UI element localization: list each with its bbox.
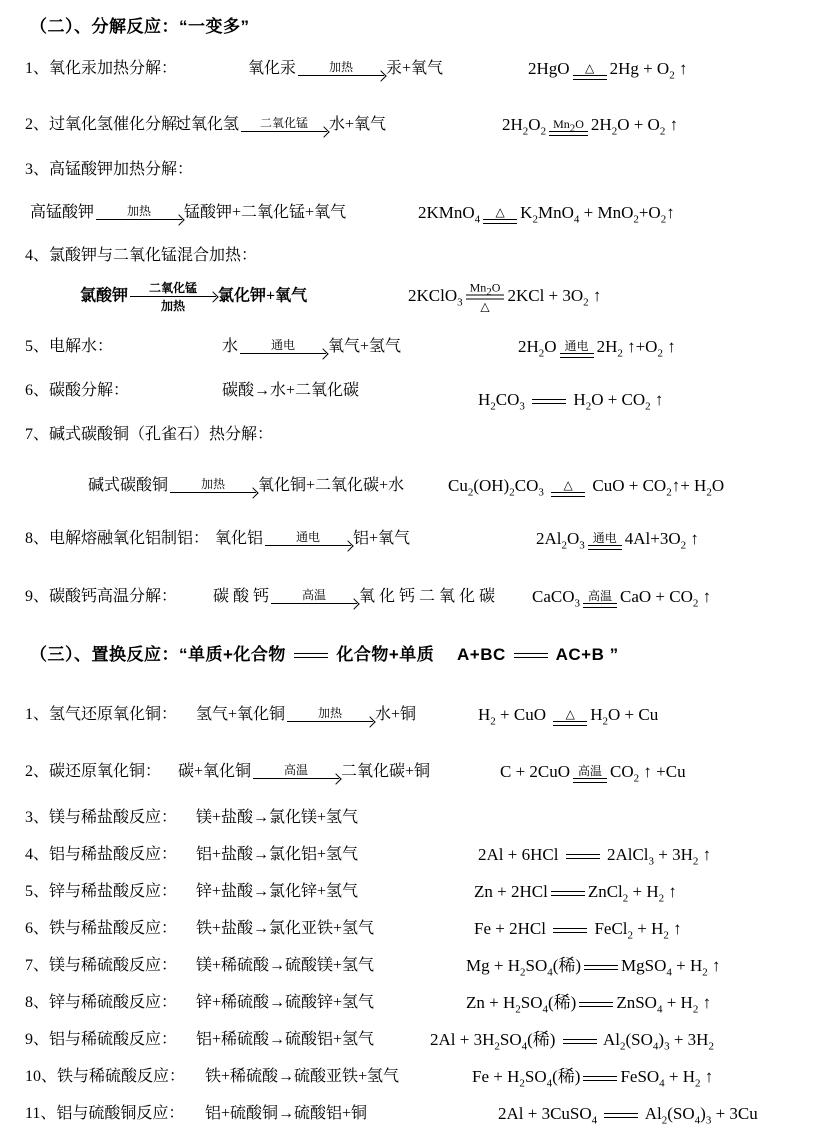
reaction-row: 6、碳酸分解： 碳酸→水+二氧化碳 H2CO3 H2O + CO2 ↑	[0, 368, 828, 414]
chemical-equation: Mg + H2SO4(稀)MgSO4 + H2 ↑	[466, 955, 721, 977]
chemical-equation: H2CO3 H2O + CO2 ↑	[478, 389, 663, 411]
chemical-equation: Fe + H2SO4(稀)FeSO4 + H2 ↑	[472, 1066, 713, 1088]
item-label: 11、铝与硫酸铜反应：	[25, 1103, 184, 1125]
word-equation: 氧化铝通电铝+氧气	[215, 528, 410, 550]
chemical-equation: Cu2(OH)2CO3 △ CuO + CO2↑+ H2O	[448, 475, 724, 497]
word-equation: 铝+硫酸铜→硫酸铝+铜	[205, 1103, 367, 1125]
item-label: 2、碳还原氧化铜：	[25, 761, 161, 783]
item-label: 2、过氧化氢催化分解：	[25, 114, 193, 136]
reaction-row: 9、碳酸钙高温分解： 碳 酸 钙高温氧 化 钙 二 氧 化 碳 CaCO3高温C…	[0, 574, 828, 620]
item-label: 3、镁与稀盐酸反应：	[25, 807, 177, 829]
reaction-row: 11、铝与硫酸铜反应： 铝+硫酸铜→硫酸铝+铜 2Al + 3CuSO4 Al2…	[0, 1091, 828, 1137]
word-equation: 氢气+氧化铜加热水+铜	[196, 704, 416, 726]
chemical-equation: 2H2O通电2H2 ↑+O2 ↑	[518, 336, 676, 358]
word-equation: 锌+稀硫酸→硫酸锌+氢气	[196, 992, 374, 1014]
word-equation: 铝+稀硫酸→硫酸铝+氢气	[196, 1029, 374, 1051]
chemical-equation: Zn + H2SO4(稀)ZnSO4 + H2 ↑	[466, 992, 711, 1014]
item-label: 5、锌与稀盐酸反应：	[25, 881, 177, 903]
item-label: 4、氯酸钾与二氧化锰混合加热：	[25, 245, 257, 267]
item-label: 1、氧化汞加热分解：	[25, 58, 177, 80]
item-label: 6、碳酸分解：	[25, 380, 129, 402]
chemical-equation: 2KClO3Mn2O△2KCl + 3O2 ↑	[408, 281, 601, 314]
reaction-row: 3、高锰酸钾加热分解：	[0, 147, 828, 193]
reaction-row: 8、电解熔融氧化铝制铝： 氧化铝通电铝+氧气 2Al2O3通电4Al+3O2 ↑	[0, 516, 828, 562]
word-equation: 碳 酸 钙高温氧 化 钙 二 氧 化 碳	[213, 586, 495, 608]
word-equation: 氧化汞加热汞+氧气	[248, 58, 443, 80]
item-label: 8、电解熔融氧化铝制铝：	[25, 528, 209, 550]
word-equation: 铁+盐酸→氯化亚铁+氢气	[196, 918, 374, 940]
section-3-title: （三）、置换反应：“单质+化合物 化合物+单质 A+BC AC+B ”	[30, 644, 619, 666]
item-label: 6、铁与稀盐酸反应：	[25, 918, 177, 940]
chemical-equation: CaCO3高温CaO + CO2 ↑	[532, 586, 711, 608]
reaction-row: 1、氢气还原氧化铜： 氢气+氧化铜加热水+铜 H2 + CuO △H2O + C…	[0, 692, 828, 738]
reaction-row: 高锰酸钾加热锰酸钾+二氧化锰+氧气 2KMnO4△K2MnO4 + MnO2+O…	[0, 190, 828, 236]
item-label: 9、铝与稀硫酸反应：	[25, 1029, 177, 1051]
word-equation: 镁+稀硫酸→硫酸镁+氢气	[196, 955, 374, 977]
item-label: 7、镁与稀硫酸反应：	[25, 955, 177, 977]
chemical-equation: H2 + CuO △H2O + Cu	[478, 704, 658, 726]
chemical-equation: 2H2O2Mn2O2H2O + O2 ↑	[502, 114, 678, 136]
word-equation: 铁+稀硫酸→硫酸亚铁+氢气	[205, 1066, 399, 1088]
word-equation: 过氧化氢二氧化锰水+氧气	[175, 114, 386, 136]
chemical-equation: 2Al + 3H2SO4(稀) Al2(SO4)3 + 3H2	[430, 1029, 714, 1051]
reaction-row: 碱式碳酸铜加热氧化铜+二氧化碳+水 Cu2(OH)2CO3 △ CuO + CO…	[0, 463, 828, 509]
item-label: 8、锌与稀硫酸反应：	[25, 992, 177, 1014]
chemical-equation: 2Al2O3通电4Al+3O2 ↑	[536, 528, 699, 550]
item-label: 5、电解水：	[25, 336, 113, 358]
item-label: 1、氢气还原氧化铜：	[25, 704, 177, 726]
word-equation: 锌+盐酸→氯化锌+氢气	[196, 881, 358, 903]
reaction-row: 5、电解水： 水通电氧气+氢气 2H2O通电2H2 ↑+O2 ↑	[0, 324, 828, 370]
word-equation: 高锰酸钾加热锰酸钾+二氧化锰+氧气	[30, 202, 346, 224]
chemical-equation: C + 2CuO高温CO2 ↑ +Cu	[500, 761, 686, 783]
word-equation: 水通电氧气+氢气	[222, 336, 401, 358]
item-label: 9、碳酸钙高温分解：	[25, 586, 177, 608]
reaction-row: 1、氧化汞加热分解： 氧化汞加热汞+氧气 2HgO△2Hg + O2 ↑	[0, 46, 828, 92]
word-equation: 镁+盐酸→氯化镁+氢气	[196, 807, 358, 829]
chemical-equation: 2Al + 6HCl 2AlCl3 + 3H2 ↑	[478, 844, 711, 866]
chemical-equation: 2Al + 3CuSO4 Al2(SO4)3 + 3Cu	[498, 1103, 758, 1125]
item-label: 7、碱式碳酸铜（孔雀石）热分解：	[25, 424, 273, 446]
item-label: 4、铝与稀盐酸反应：	[25, 844, 177, 866]
reaction-row: 7、碱式碳酸铜（孔雀石）热分解：	[0, 412, 828, 458]
section-3-heading-row: （三）、置换反应：“单质+化合物 化合物+单质 A+BC AC+B ”	[0, 632, 828, 678]
reaction-row: 2、过氧化氢催化分解： 过氧化氢二氧化锰水+氧气 2H2O2Mn2O2H2O +…	[0, 102, 828, 148]
word-equation: 碱式碳酸铜加热氧化铜+二氧化碳+水	[88, 475, 404, 497]
word-equation: 铝+盐酸→氯化铝+氢气	[196, 844, 358, 866]
item-label: 3、高锰酸钾加热分解：	[25, 159, 193, 181]
reaction-row: 2、碳还原氧化铜： 碳+氧化铜高温二氧化碳+铜 C + 2CuO高温CO2 ↑ …	[0, 749, 828, 795]
chemical-equation: 2KMnO4△K2MnO4 + MnO2+O2↑	[418, 202, 675, 224]
reaction-row: 4、氯酸钾与二氧化锰混合加热：	[0, 233, 828, 279]
chemical-equation: Fe + 2HCl FeCl2 + H2 ↑	[474, 918, 682, 940]
chemical-equation: 2HgO△2Hg + O2 ↑	[528, 58, 687, 80]
section-2-title: （二）、分解反应：“一变多”	[30, 16, 250, 38]
chemical-equation: Zn + 2HClZnCl2 + H2 ↑	[474, 881, 677, 903]
word-equation: 氯酸钾二氧化锰加热氯化钾+氧气	[80, 281, 307, 313]
item-label: 10、铁与稀硫酸反应：	[25, 1066, 185, 1088]
word-equation: 碳+氧化铜高温二氧化碳+铜	[178, 761, 430, 783]
section-2-heading-row: （二）、分解反应：“一变多”	[0, 4, 828, 50]
reaction-row: 氯酸钾二氧化锰加热氯化钾+氧气 2KClO3Mn2O△2KCl + 3O2 ↑	[0, 274, 828, 320]
word-equation: 碳酸→水+二氧化碳	[222, 380, 359, 402]
chemistry-notes-page: （二）、分解反应：“一变多” 1、氧化汞加热分解： 氧化汞加热汞+氧气 2HgO…	[0, 0, 828, 1138]
